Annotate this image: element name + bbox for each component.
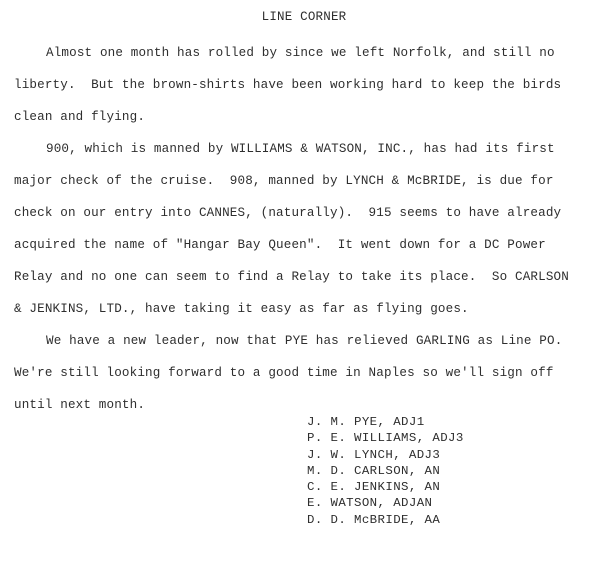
signature-line: M. D. CARLSON, AN [307,463,464,479]
signature-block: J. M. PYE, ADJ1 P. E. WILLIAMS, ADJ3 J. … [307,414,464,528]
text-line: 900, which is manned by WILLIAMS & WATSO… [14,133,594,165]
text-line: acquired the name of "Hangar Bay Queen".… [14,229,594,261]
text-line: & JENKINS, LTD., have taking it easy as … [14,293,594,325]
document-body: Almost one month has rolled by since we … [14,37,594,421]
paragraph-1: Almost one month has rolled by since we … [14,37,594,133]
paragraph-2: 900, which is manned by WILLIAMS & WATSO… [14,133,594,325]
text-line: until next month. [14,389,594,421]
text-line: Relay and no one can seem to find a Rela… [14,261,594,293]
text-line: liberty. But the brown-shirts have been … [14,69,594,101]
text-line: major check of the cruise. 908, manned b… [14,165,594,197]
text-line: Almost one month has rolled by since we … [14,37,594,69]
text-line: We have a new leader, now that PYE has r… [14,325,594,357]
signature-line: E. WATSON, ADJAN [307,495,464,511]
document-title: LINE CORNER [0,10,600,24]
signature-line: J. W. LYNCH, ADJ3 [307,447,464,463]
signature-line: C. E. JENKINS, AN [307,479,464,495]
paragraph-3: We have a new leader, now that PYE has r… [14,325,594,421]
signature-line: D. D. McBRIDE, AA [307,512,464,528]
text-line: We're still looking forward to a good ti… [14,357,594,389]
signature-line: J. M. PYE, ADJ1 [307,414,464,430]
text-line: clean and flying. [14,101,594,133]
signature-line: P. E. WILLIAMS, ADJ3 [307,430,464,446]
text-line: check on our entry into CANNES, (natural… [14,197,594,229]
